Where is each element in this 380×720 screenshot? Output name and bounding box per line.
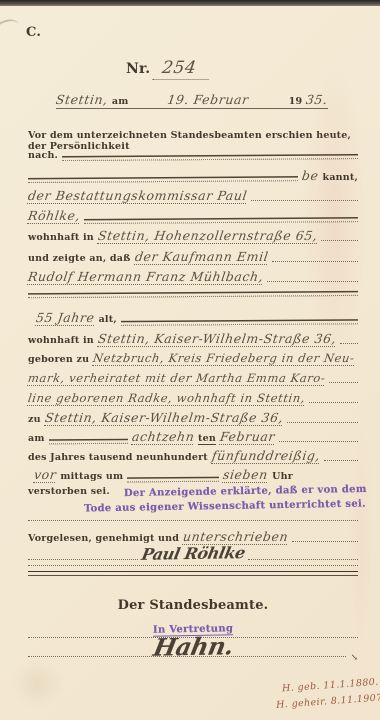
rule-fill: [251, 199, 358, 201]
declarant-name-1: der Bestattungskommissar Paul: [27, 188, 248, 204]
void-stroke: [28, 175, 298, 183]
residence-line-deceased: wohnhaft in Stettin, Kaiser-Wilhelm-Stra…: [28, 331, 358, 347]
void-stroke: [28, 290, 358, 298]
deceased-name-2: Rudolf Hermann Franz Mühlbach,: [27, 269, 265, 285]
death-place-line: zu Stettin, Kaiser-Wilhelm-Straße 36,: [28, 410, 358, 426]
place-value: Stettin,: [55, 92, 109, 107]
void-stroke: [121, 318, 358, 326]
residence-line-declarant: wohnhaft in Stettin, Hohenzollernstraße …: [28, 228, 358, 244]
declarant-name-2: Röhlke,: [27, 208, 81, 224]
declarant-line-2: Röhlke,: [28, 208, 358, 224]
bekannt-line: be kannt,: [28, 168, 358, 183]
geboren-zu-label: geboren zu: [28, 354, 89, 365]
wohnhaft-label-2: wohnhaft in: [28, 335, 94, 346]
birth-line-3: line geborenen Radke, wohnhaft in Stetti…: [28, 391, 358, 406]
nach-line: nach.: [28, 150, 358, 161]
birth-value-1: Netzbruch, Kreis Friedeberg in der Neu-: [92, 351, 356, 366]
am-label-2: am: [28, 433, 45, 444]
void-stroke: [49, 438, 128, 445]
day-value: achtzehn: [130, 429, 195, 445]
am-label: am: [112, 96, 129, 107]
deceased-line-2: Rudolf Hermann Franz Mühlbach,: [28, 269, 358, 285]
deceased-name-1: der Kaufmann Emil: [133, 249, 269, 265]
vorgelesen-label: Vorgelesen, genehmigt und: [28, 533, 179, 544]
standesbeamte-heading: Der Standesbeamte.: [118, 598, 269, 613]
birth-line-2: mark, verheiratet mit der Martha Emma Ka…: [28, 371, 358, 386]
month-value: Februar: [219, 429, 276, 445]
record-number-line: Nr. 254: [126, 58, 211, 80]
rule-fill: [287, 421, 358, 423]
date-line: Stettin, am 19. Februar 19 35.: [56, 92, 328, 109]
nr-label: Nr.: [126, 61, 150, 77]
pencil-corner-mark: [0, 16, 22, 42]
stamp-line-2-row: Tode aus eigener Wissenschaft unterricht…: [84, 501, 358, 512]
uhr-label: Uhr: [272, 471, 293, 482]
death-hour-line: vor mittags um sieben Uhr: [28, 467, 358, 483]
record-number-value: 254: [153, 58, 212, 80]
rule-fill: [321, 239, 358, 241]
knowledge-stamp-line-2: Tode aus eigener Wissenschaft unterricht…: [84, 499, 366, 515]
intro-text: Vor dem unterzeichneten Standesbeamten e…: [28, 130, 358, 152]
verstorben-line: verstorben sei. Der Anzeigende erklärte,…: [28, 486, 358, 497]
document-page: C. Nr. 254 Stettin, am 19. Februar 19 35…: [0, 0, 380, 720]
void-stroke: [84, 216, 358, 224]
corner-letter: C.: [26, 25, 41, 40]
rule-fill: [272, 260, 358, 262]
residence-deceased-value: Stettin, Kaiser-Wilhelm-Straße 36,: [97, 331, 338, 347]
date-value: 19. Februar: [131, 92, 285, 107]
standesbeamte-row: Der Standesbeamte.: [28, 598, 358, 613]
be-hand: be: [301, 168, 320, 183]
hour-value: sieben: [222, 467, 269, 483]
birth-value-3: line geborenen Radke, wohnhaft in Stetti…: [27, 391, 306, 406]
age-value: 55 Jahre: [35, 310, 96, 326]
declarant-signature-line: Paul Röhlke: [28, 544, 358, 566]
wohnhaft-label-1: wohnhaft in: [28, 232, 94, 243]
year-hand: 35.: [305, 92, 329, 107]
year-printed: 19: [289, 96, 303, 107]
jahres-label: des Jahres tausend neunhundert: [28, 452, 208, 463]
death-day-line: am achtzehn ten Februar: [28, 429, 358, 445]
birth-line-1: geboren zu Netzbruch, Kreis Friedeberg i…: [28, 351, 358, 366]
pen-tick-mark: ↘: [350, 653, 358, 663]
void-stroke: [62, 153, 358, 161]
form-letter-line: C.: [26, 25, 358, 40]
scan-edge-strip: [0, 0, 380, 6]
birth-value-2: mark, verheiratet mit der Martha Emma Ka…: [27, 371, 327, 386]
mittags-label: mittags um: [60, 471, 123, 482]
verstorben-label: verstorben sei.: [28, 486, 110, 497]
vor-hand: vor: [33, 467, 58, 483]
void-stroke: [127, 476, 219, 483]
year-words-value: fünfunddreißig,: [211, 448, 321, 464]
residence-declarant-value: Stettin, Hohenzollernstraße 65,: [97, 228, 319, 244]
rule-fill: [340, 342, 358, 344]
dotted-separator: [28, 519, 358, 521]
rule-fill: [309, 401, 358, 403]
intro-line: Vor dem unterzeichneten Standesbeamten e…: [28, 130, 358, 152]
voided-blank-line: [28, 291, 358, 298]
bottom-dotted-row: ↘: [28, 650, 358, 660]
alt-label: alt,: [99, 314, 117, 325]
closing-double-rule: [28, 571, 358, 576]
pencil-note-1: H. geb. 11.1.1880.: [282, 677, 379, 695]
deceased-line-1: und zeigte an, daß der Kaufmann Emil: [28, 249, 358, 265]
rule-fill: [324, 459, 358, 461]
vorgelesen-line: Vorgelesen, genehmigt und unterschrieben: [28, 529, 358, 545]
zu-label: zu: [28, 414, 41, 425]
rule-fill: [248, 558, 358, 560]
nach-label: nach.: [28, 150, 58, 161]
death-year-line: des Jahres tausend neunhundert fünfunddr…: [28, 448, 358, 464]
declarant-line-1: der Bestattungskommissar Paul: [28, 188, 358, 204]
rule-fill: [267, 280, 358, 282]
ten-label: ten: [198, 433, 216, 445]
rule-fill: [279, 440, 358, 442]
rule-fill: [28, 558, 138, 560]
dotted-separator: [28, 636, 358, 638]
rule-fill: [329, 381, 358, 383]
kannt-label: kannt,: [323, 172, 358, 183]
rule-fill: [292, 540, 358, 542]
declarant-signature: Paul Röhlke: [140, 543, 247, 564]
rule-fill: [28, 655, 346, 657]
zeigte-an-label: und zeigte an, daß: [28, 253, 131, 264]
death-place-value: Stettin, Kaiser-Wilhelm-Straße 36,: [44, 410, 285, 426]
age-line: 55 Jahre alt,: [28, 310, 358, 326]
knowledge-stamp-line-1: Der Anzeigende erklärte, daß er von dem: [124, 484, 367, 499]
